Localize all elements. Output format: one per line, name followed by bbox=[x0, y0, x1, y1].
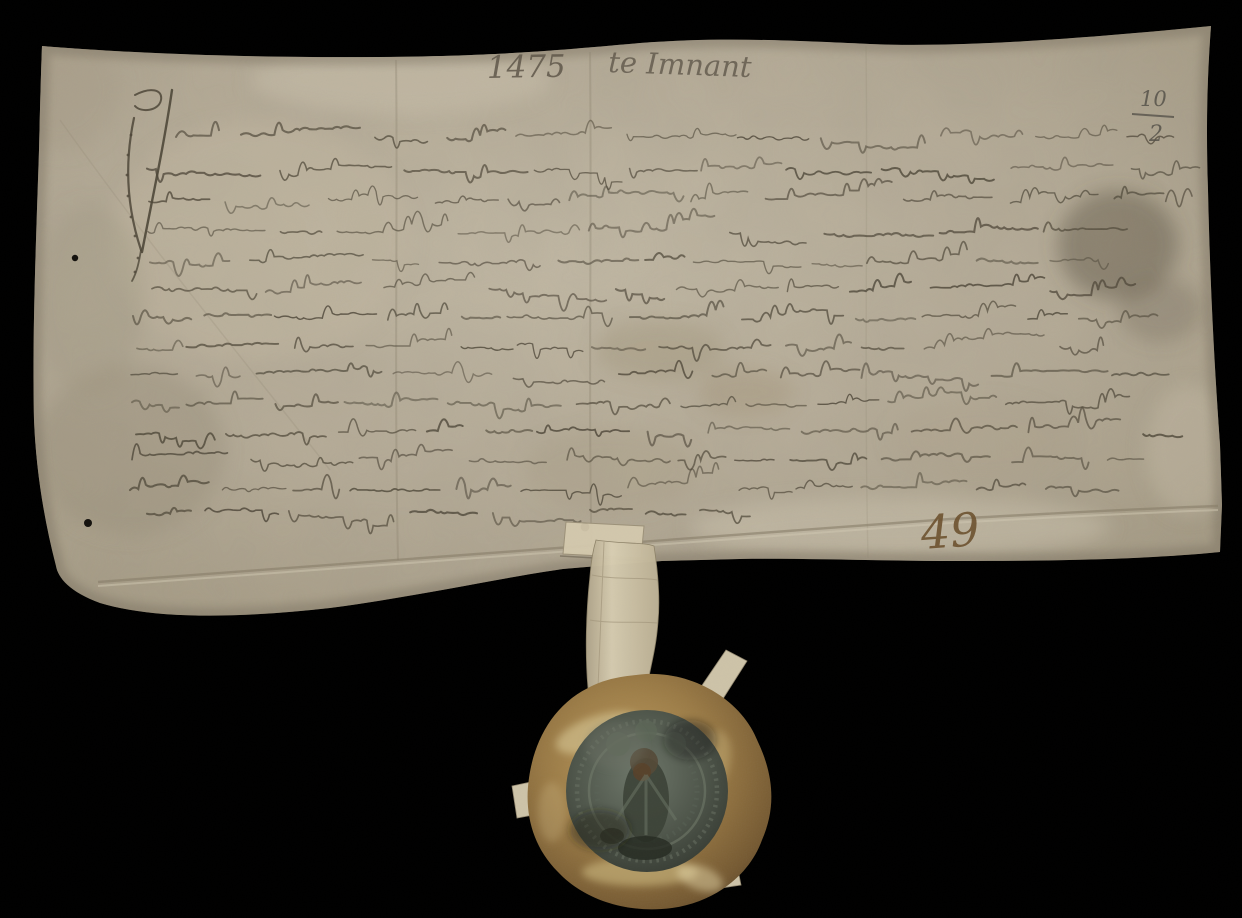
photo-canvas: 1475 te Imnant 10 2 49 bbox=[0, 0, 1242, 918]
photo-grain bbox=[0, 0, 1242, 918]
charter-photograph: 1475 te Imnant 10 2 49 bbox=[0, 0, 1242, 918]
